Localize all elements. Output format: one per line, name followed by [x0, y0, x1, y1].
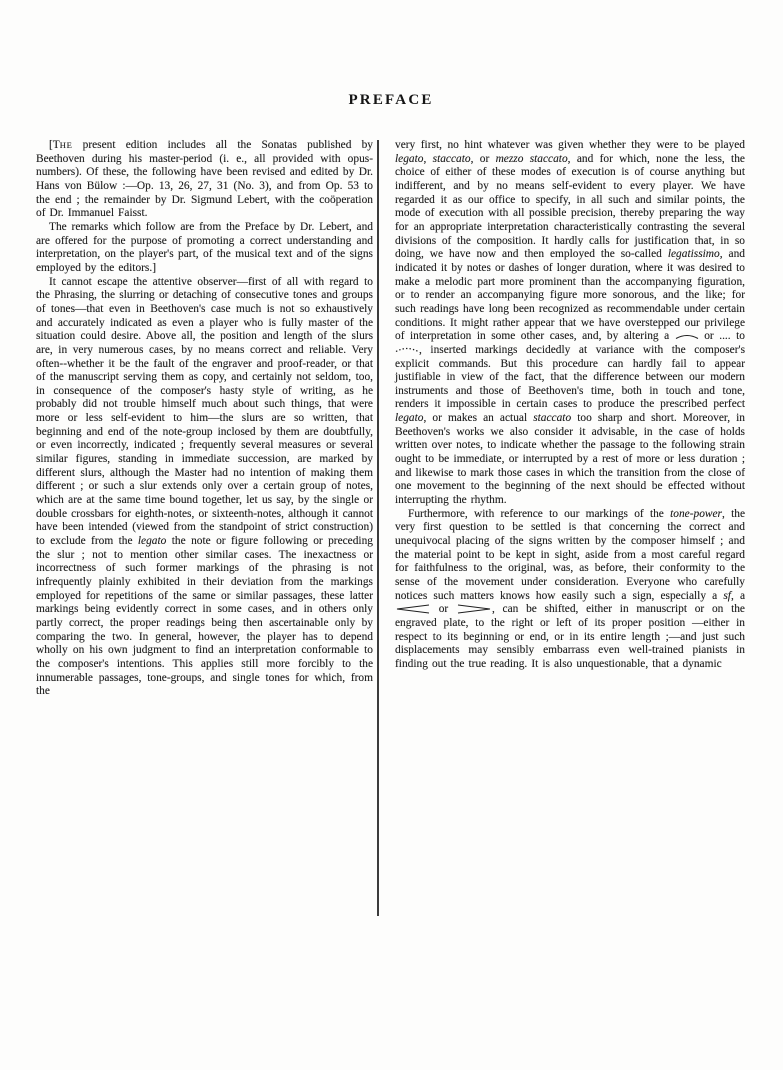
scanned-book-page: PREFACE [THE present edition includes al…: [0, 0, 783, 1070]
text-segment: , the very first question to be settled …: [395, 508, 745, 602]
text-segment: , or makes an actual: [423, 412, 533, 424]
crescendo-hairpin-symbol: [395, 603, 431, 615]
column-divider-rule: [377, 140, 379, 916]
text-segment: legato: [138, 535, 166, 547]
text-segment: present edition includes all the Sonatas…: [36, 139, 373, 219]
dotted-slur-symbol: [395, 344, 419, 356]
text-segment: very first, no hint whatever was given w…: [395, 139, 745, 151]
text-segment: , inserted markings decidedly at varianc…: [395, 344, 745, 411]
decrescendo-hairpin-symbol: [456, 603, 492, 615]
slur-symbol: [675, 330, 699, 342]
text-segment: [T: [49, 139, 60, 151]
text-segment: staccato: [433, 153, 471, 165]
page-title: PREFACE: [36, 92, 746, 109]
text-segment: , and for which, none the less, the choi…: [395, 153, 745, 261]
text-segment: mezzo staccato: [496, 153, 568, 165]
right-column: very first, no hint whatever was given w…: [395, 139, 745, 672]
text-segment: or .... to: [699, 330, 745, 342]
text-segment: sf: [723, 590, 731, 602]
text-segment: the note or figure following or precedin…: [36, 535, 373, 697]
paragraph: It cannot escape the attentive observer—…: [36, 276, 373, 699]
text-segment: legato: [395, 412, 423, 424]
text-segment: , or: [471, 153, 496, 165]
text-segment: too sharp and short. Moreover, in Beetho…: [395, 412, 745, 506]
text-segment: legato: [395, 153, 423, 165]
text-segment: or: [431, 603, 456, 615]
text-segment: Furthermore, with reference to our marki…: [408, 508, 670, 520]
text-segment: tone-power: [670, 508, 722, 520]
text-segment: HE: [60, 140, 73, 150]
text-segment: staccato: [533, 412, 571, 424]
paragraph: Furthermore, with reference to our marki…: [395, 508, 745, 672]
text-segment: It cannot escape the attentive observer—…: [36, 276, 373, 547]
text-segment: ,: [423, 153, 432, 165]
paragraph: very first, no hint whatever was given w…: [395, 139, 745, 508]
paragraph: [THE present edition includes all the So…: [36, 139, 373, 221]
text-segment: The remarks which follow are from the Pr…: [36, 221, 373, 274]
text-segment: , and indicated it by notes or dashes of…: [395, 248, 745, 342]
left-column: [THE present edition includes all the So…: [36, 139, 373, 699]
text-segment: legatissimo: [668, 248, 720, 260]
text-segment: , a: [731, 590, 745, 602]
paragraph: The remarks which follow are from the Pr…: [36, 221, 373, 276]
